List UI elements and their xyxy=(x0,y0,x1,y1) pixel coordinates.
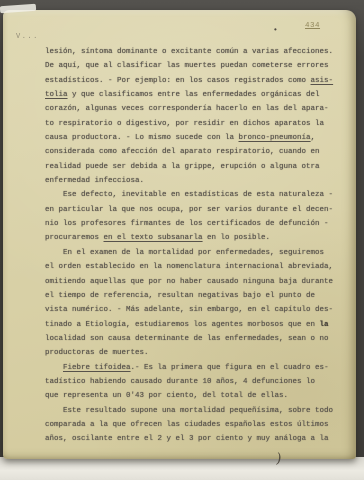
text-lines: lesión, síntoma dominante o excitante co… xyxy=(45,45,343,447)
text-line: causa productora. - Lo mismo sucede con … xyxy=(45,131,343,145)
text-line: comparada a la que ofrecen las ciudades … xyxy=(45,418,343,432)
text-line: En el examen de la mortalidad por enferm… xyxy=(45,246,343,260)
text-line: nio los profesores firmantes de los cert… xyxy=(45,217,343,231)
text-line: lesión, síntoma dominante o excitante co… xyxy=(45,45,343,59)
margin-mark: V... xyxy=(16,33,39,41)
text-line: enfermedad infecciosa. xyxy=(45,174,343,188)
text-line: Este resultado supone una mortalidad peq… xyxy=(45,404,343,418)
text-line: que representa un 0'43 por ciento, del t… xyxy=(45,389,343,403)
scanned-document: V... • 434 lesión, síntoma dominante o e… xyxy=(0,0,364,480)
text-line: corazón, algunas veces correspondería ha… xyxy=(45,102,343,116)
text-line: procuraremos en el texto subsanarla en l… xyxy=(45,231,343,245)
page-number: 434 xyxy=(305,22,320,30)
text-line: omitiendo aquellas que por no haber caus… xyxy=(45,275,343,289)
text-line: productoras de muertes. xyxy=(45,346,343,360)
paper-sheet: V... • 434 lesión, síntoma dominante o e… xyxy=(3,10,356,459)
text-line: tolia y que clasificamos entre las enfer… xyxy=(45,88,343,102)
text-line: Ese defecto, inevitable en estadísticas … xyxy=(45,188,343,202)
text-line: el tiempo de referencia, resultan negati… xyxy=(45,289,343,303)
text-line: estadísticos. - Por ejemplo: en los caso… xyxy=(45,74,343,88)
text-line: tinado a Etiología, estudiaremos los age… xyxy=(45,318,343,332)
text-line: realidad puede ser debida a la grippe, e… xyxy=(45,160,343,174)
text-line: De aquí, que al clasificar las muertes p… xyxy=(45,59,343,73)
text-line: el orden establecido en la nomenclatura … xyxy=(45,260,343,274)
text-line: Fiebre tifoidea.- Es la primera que figu… xyxy=(45,361,343,375)
text-line: tadístico habiendo causado durante 10 añ… xyxy=(45,375,343,389)
text-line: vista numérico. - Más adelante, sin emba… xyxy=(45,303,343,317)
text-line: to respiratorio o digestivo, por residir… xyxy=(45,117,343,131)
text-line: en particular la que nos ocupa, por ser … xyxy=(45,203,343,217)
scanner-bed xyxy=(0,457,364,480)
text-line: localidad son causa determinante de las … xyxy=(45,332,343,346)
text-line: años, oscilante entre el 2 y el 3 por ci… xyxy=(45,432,343,446)
ink-dot: • xyxy=(273,26,278,35)
text-line: considerada como afección del aparato re… xyxy=(45,145,343,159)
